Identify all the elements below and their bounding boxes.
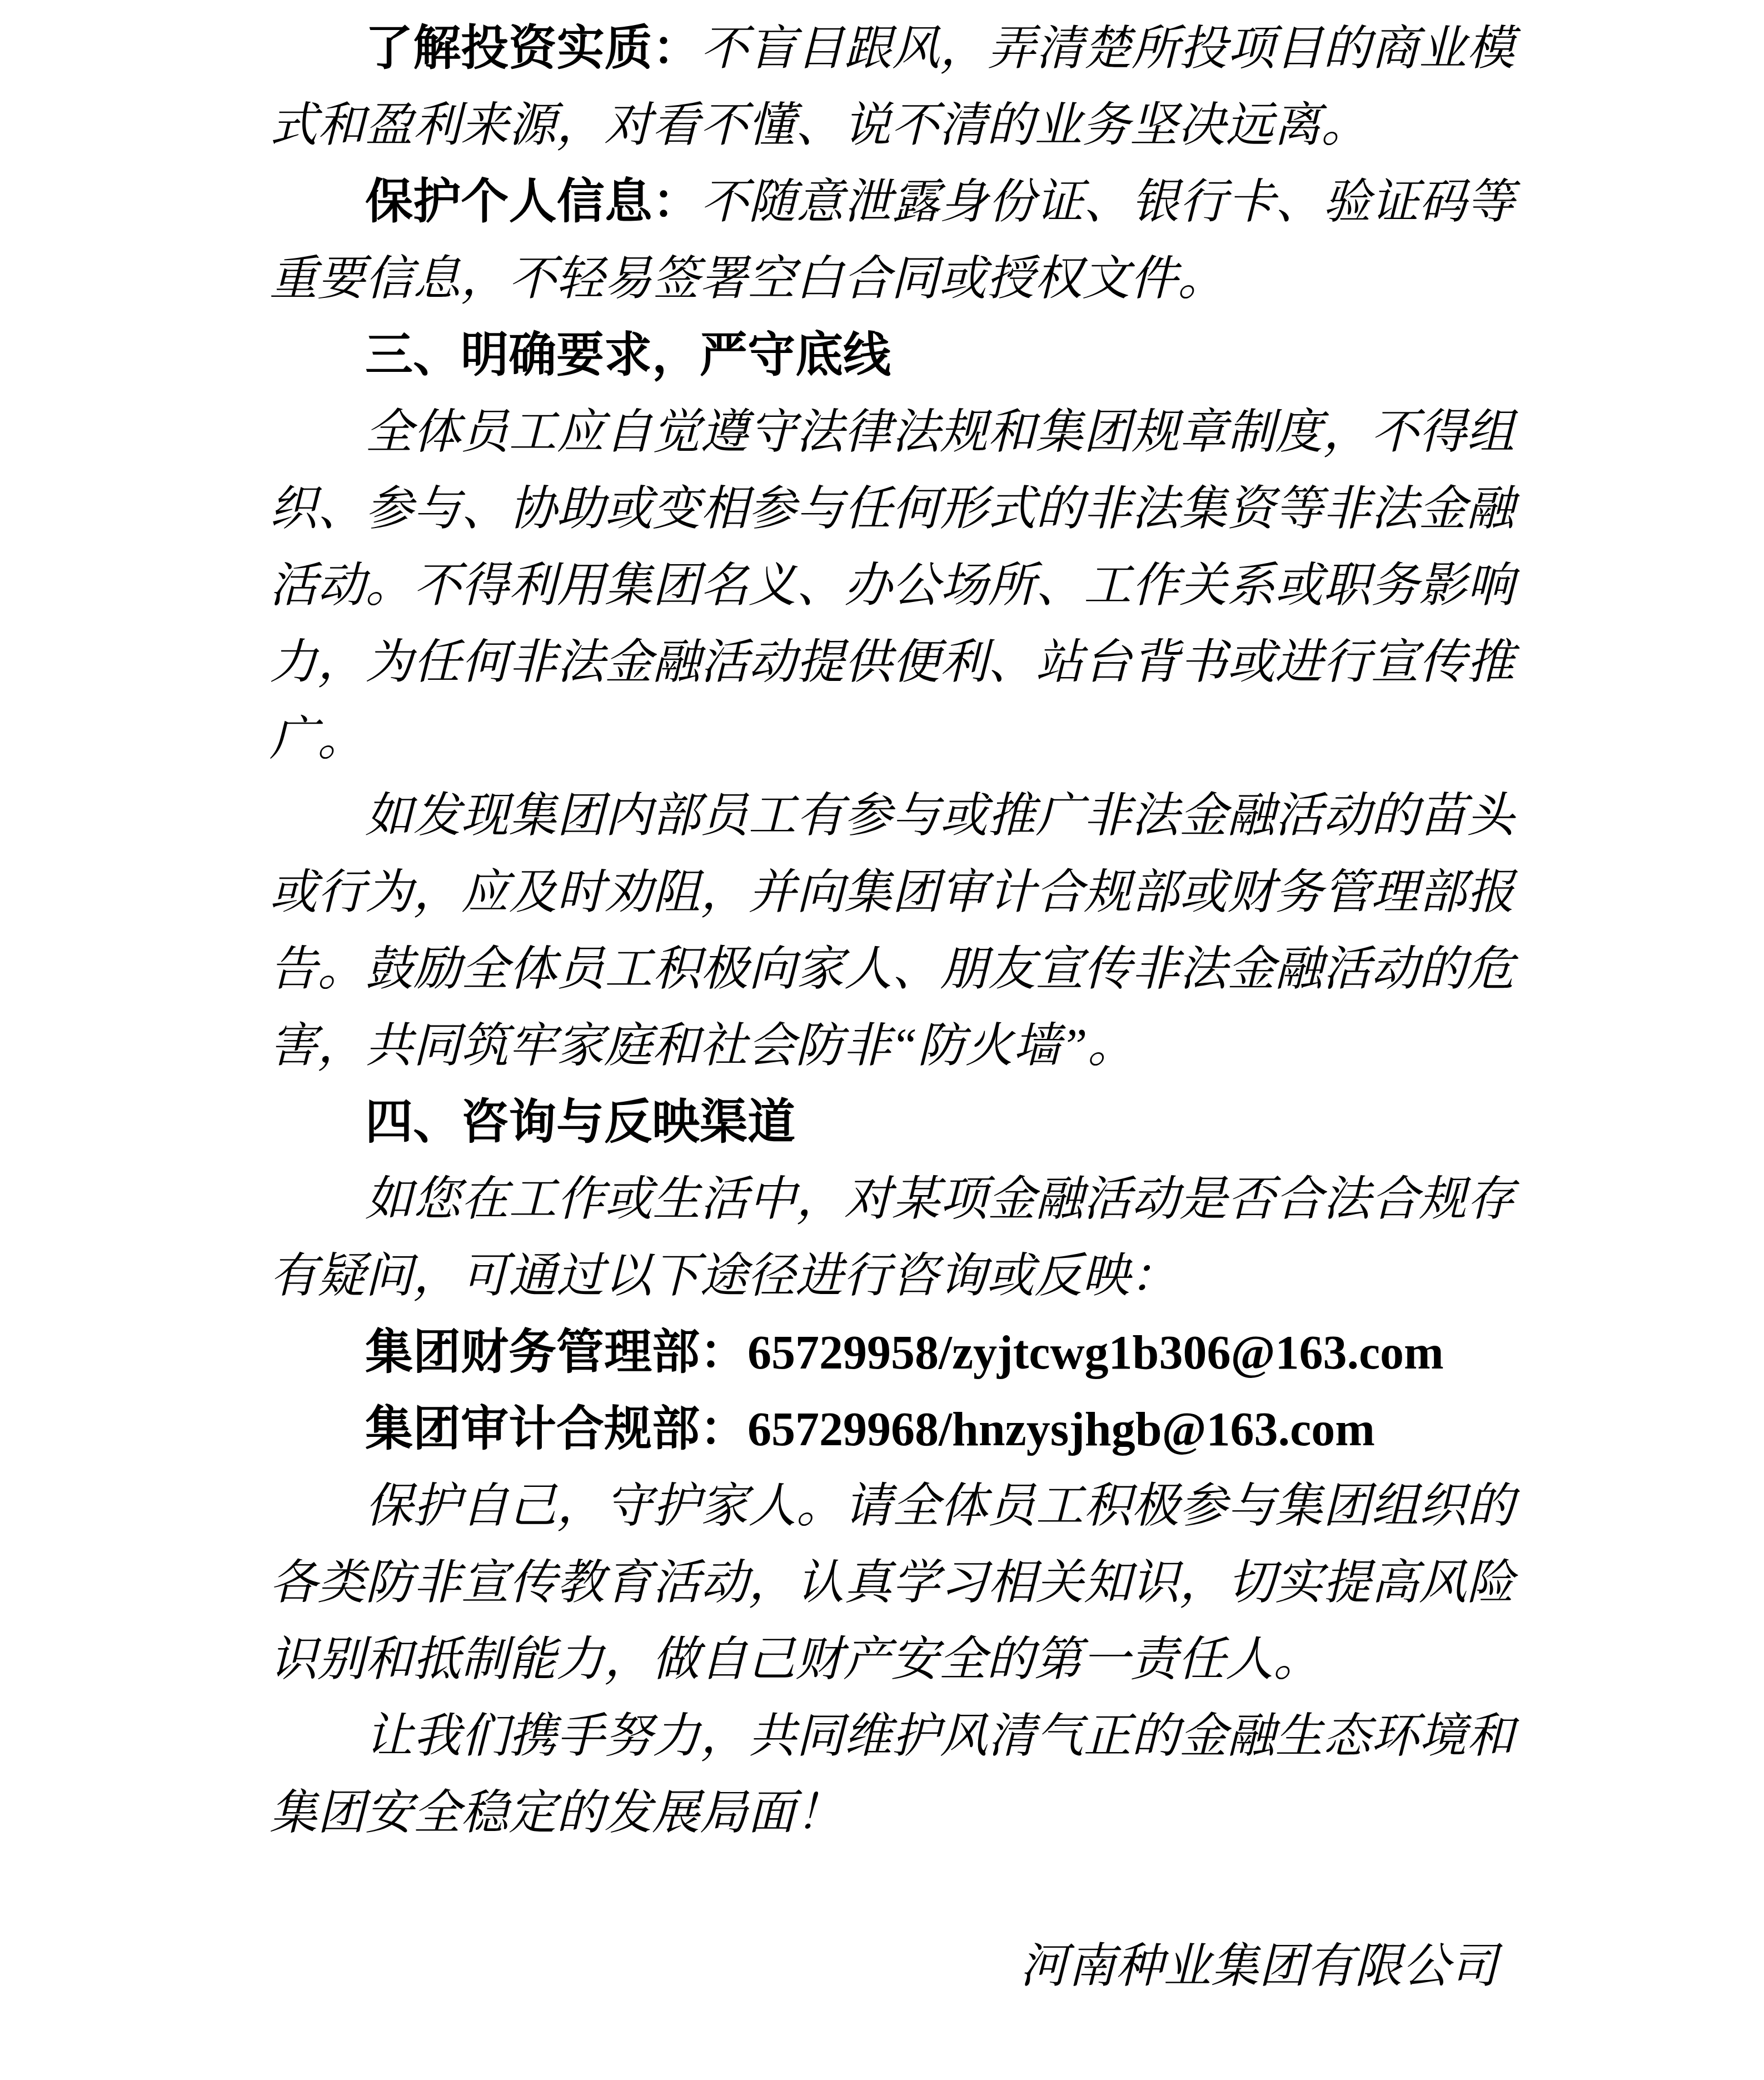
contact-audit-dept: 集团审计合规部：65729968/hnzysjhgb@163.com [270,1391,1514,1467]
paragraph-text: 如发现集团内部员工有参与或推广非法金融活动的苗头或行为，应及时劝阻，并向集团审计… [270,789,1514,1072]
contact-label: 集团财务管理部： [365,1326,748,1379]
paragraph-text: 让我们携手努力，共同维护风清气正的金融生态环境和集团安全稳定的发展局面！ [270,1709,1514,1839]
paragraph-consult-intro: 如您在工作或生活中，对某项金融活动是否合法合规存有疑问，可通过以下途径进行咨询或… [270,1161,1514,1314]
paragraph-closing: 让我们携手努力，共同维护风清气正的金融生态环境和集团安全稳定的发展局面！ [270,1698,1514,1851]
document-page: 了解投资实质：不盲目跟风，弄清楚所投项目的商业模式和盈利来源，对看不懂、说不清的… [0,0,1764,2080]
paragraph-requirements: 全体员工应自觉遵守法律法规和集团规章制度，不得组织、参与、协助或变相参与任何形式… [270,394,1514,777]
paragraph-protect-family: 保护自己，守护家人。请全体员工积极参与集团组织的各类防非宣传教育活动，认真学习相… [270,1467,1514,1698]
paragraph-protect-info: 保护个人信息：不随意泄露身份证、银行卡、验证码等重要信息，不轻易签署空白合同或授… [270,163,1514,317]
section-heading-three: 三、明确要求，严守底线 [270,317,1514,394]
paragraph-lead: 了解投资实质： [365,22,700,75]
paragraph-text: 全体员工应自觉遵守法律法规和集团规章制度，不得组织、参与、协助或变相参与任何形式… [270,405,1514,765]
section-heading-four: 四、咨询与反映渠道 [270,1084,1514,1161]
signature-company-name: 河南种业集团有限公司 [270,1928,1498,2004]
contact-label: 集团审计合规部： [365,1402,748,1456]
contact-phone-email: 65729968/hnzysjhgb@163.com [748,1402,1375,1456]
paragraph-lead: 保护个人信息： [365,175,700,228]
paragraph-know-investment: 了解投资实质：不盲目跟风，弄清楚所投项目的商业模式和盈利来源，对看不懂、说不清的… [270,10,1514,163]
contact-phone-email: 65729958/zyjtcwg1b306@163.com [748,1326,1444,1379]
contact-finance-dept: 集团财务管理部：65729958/zyjtcwg1b306@163.com [270,1314,1514,1391]
document-body: 了解投资实质：不盲目跟风，弄清楚所投项目的商业模式和盈利来源，对看不懂、说不清的… [270,10,1514,2004]
paragraph-text: 保护自己，守护家人。请全体员工积极参与集团组织的各类防非宣传教育活动，认真学习相… [270,1479,1514,1686]
paragraph-report: 如发现集团内部员工有参与或推广非法金融活动的苗头或行为，应及时劝阻，并向集团审计… [270,777,1514,1084]
paragraph-text: 如您在工作或生活中，对某项金融活动是否合法合规存有疑问，可通过以下途径进行咨询或… [270,1172,1514,1302]
